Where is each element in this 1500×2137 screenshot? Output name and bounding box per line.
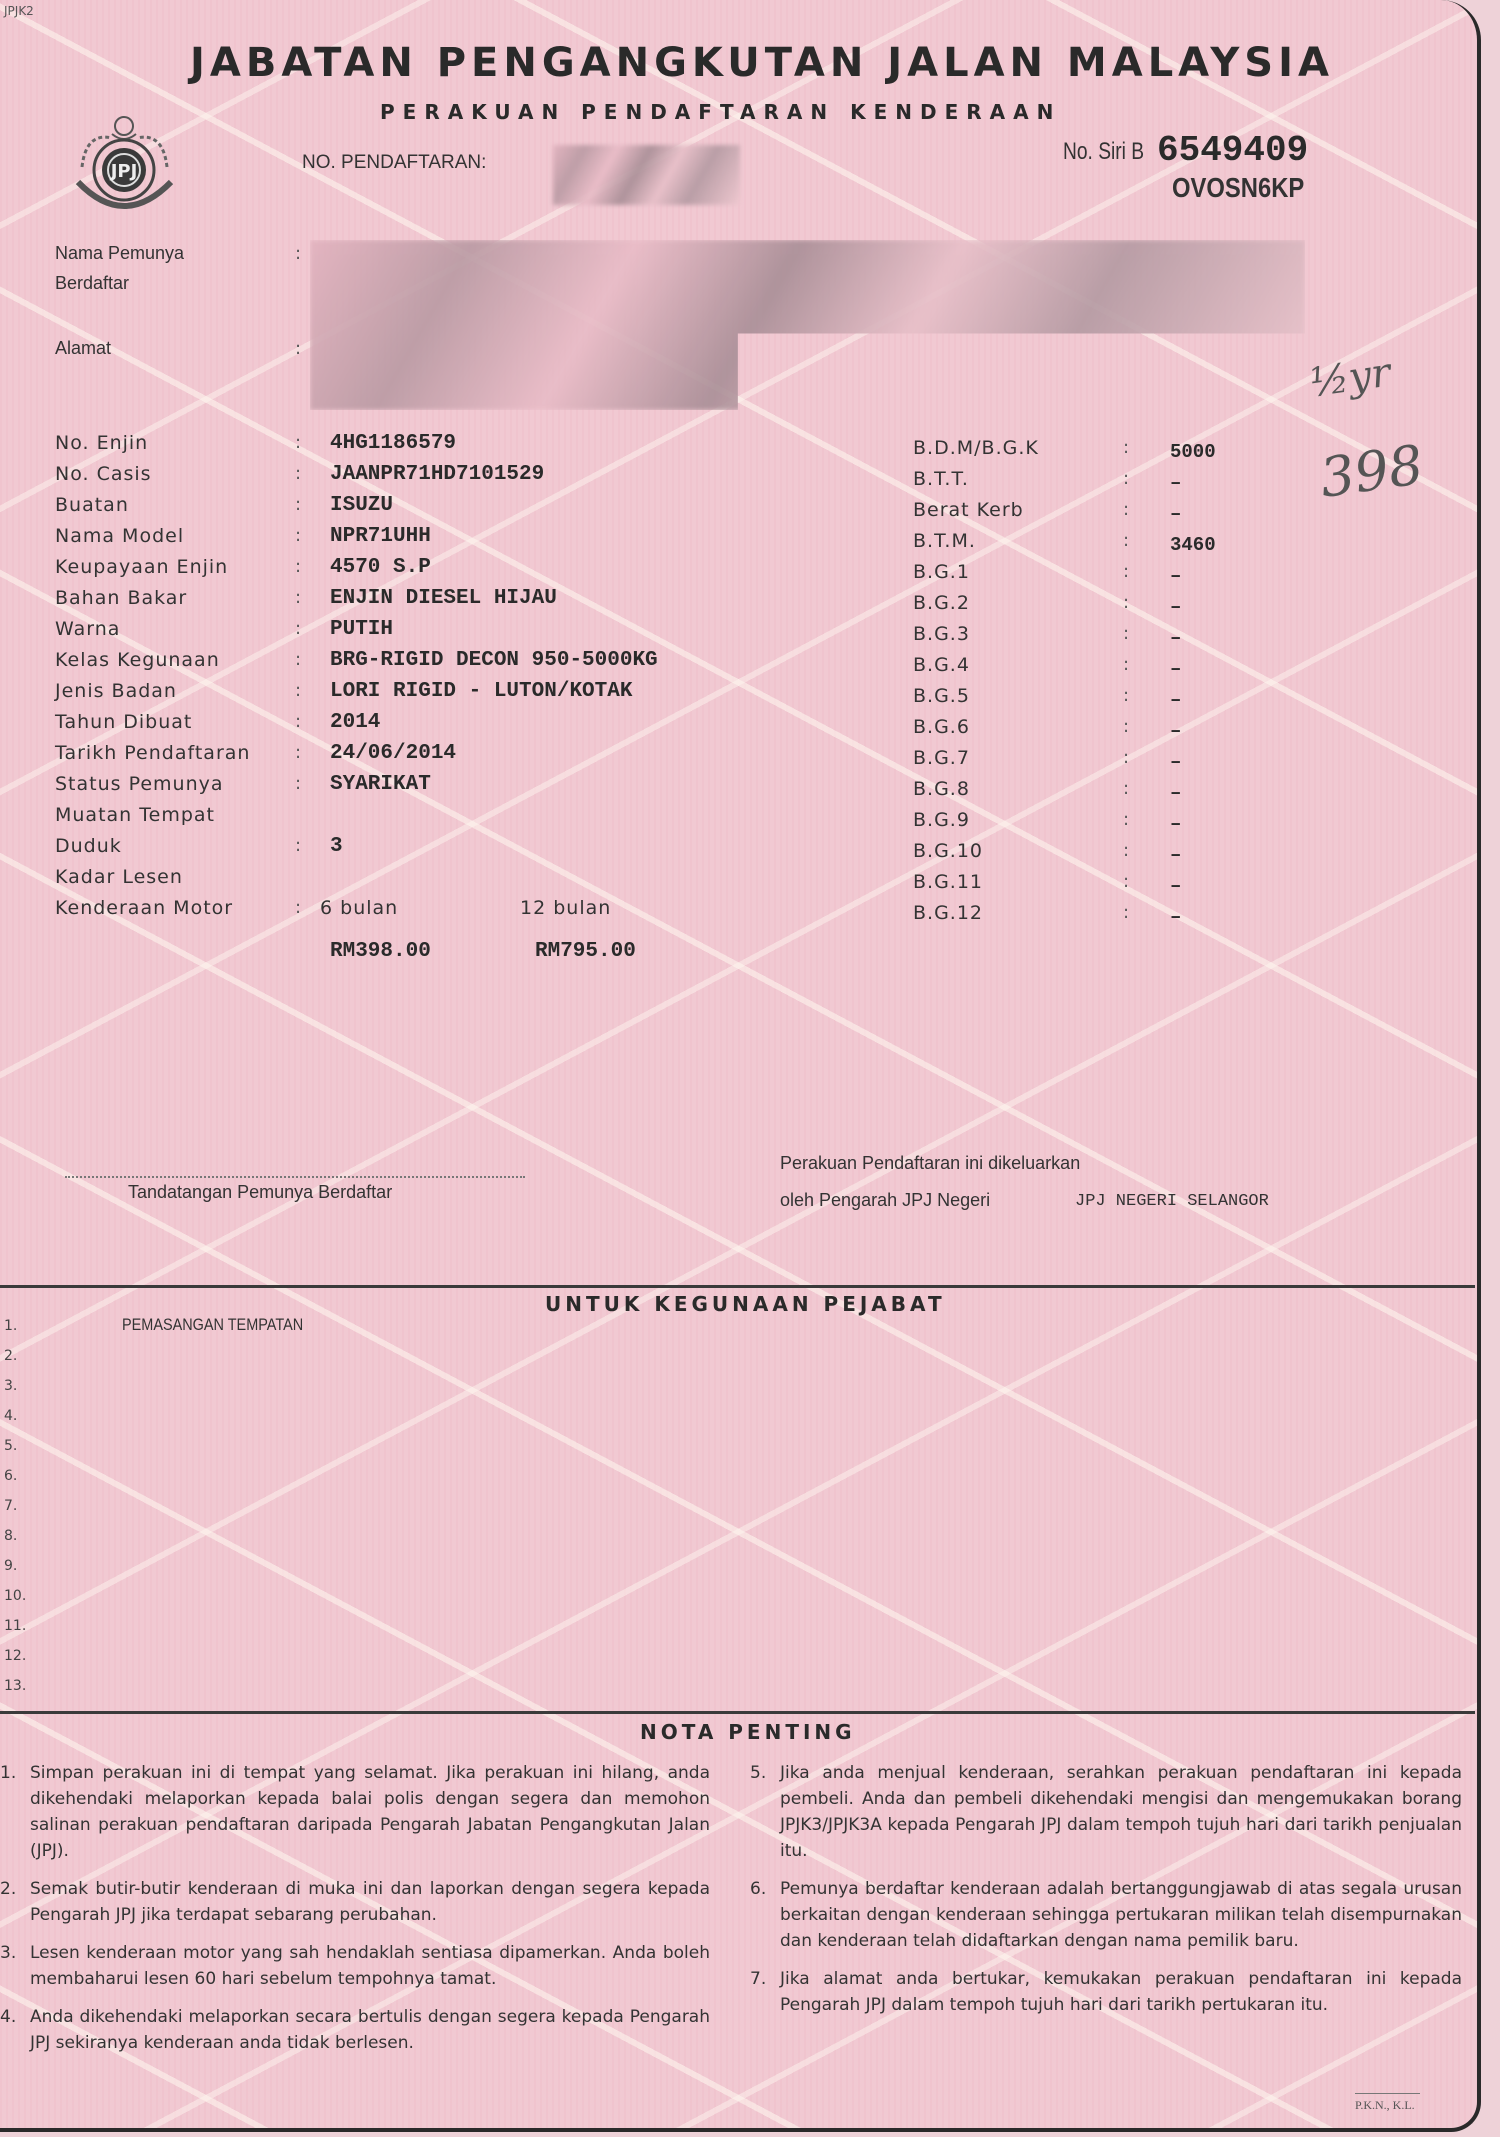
note-number: 7. <box>750 1966 766 1992</box>
row-number: 10. <box>4 1588 26 1604</box>
vehicle-detail-row: Muatan Tempat <box>55 804 855 835</box>
license-12-month-amount: RM795.00 <box>535 940 636 963</box>
field-label: B.G.11 <box>913 871 983 893</box>
divider <box>0 1285 1475 1288</box>
note-text: Semak butir-butir kenderaan di muka ini … <box>30 1876 710 1928</box>
field-value: – <box>1170 658 1181 680</box>
address-label: Alamat <box>55 338 111 359</box>
field-value: PUTIH <box>330 618 393 641</box>
vehicle-weights-right: B.D.M/B.G.K:5000B.T.T.:–Berat Kerb:–B.T.… <box>913 437 1313 933</box>
field-value: – <box>1170 503 1181 525</box>
office-use-row: 7. <box>0 1493 900 1523</box>
field-value: – <box>1170 720 1181 742</box>
office-use-row: 10. <box>0 1583 900 1613</box>
license-6-month-label: 6 bulan <box>320 897 398 919</box>
field-value: SYARIKAT <box>330 773 431 796</box>
notes-left-column: 1.Simpan perakuan ini di tempat yang sel… <box>0 1760 710 2068</box>
field-value: – <box>1170 906 1181 928</box>
colon: : <box>1123 530 1129 551</box>
weight-detail-row: B.G.2:– <box>913 592 1313 623</box>
field-label: Tarikh Pendaftaran <box>55 742 250 764</box>
field-label: No. Casis <box>55 463 152 485</box>
vehicle-detail-row: Status Pemunya:SYARIKAT <box>55 773 855 804</box>
field-value: ENJIN DIESEL HIJAU <box>330 587 557 610</box>
field-label: B.T.T. <box>913 468 969 490</box>
note-text: Jika alamat anda bertukar, kemukakan per… <box>780 1966 1462 2018</box>
office-use-row: 4. <box>0 1403 900 1433</box>
owner-details-redacted <box>310 240 1305 410</box>
vehicle-detail-row: Nama Model:NPR71UHH <box>55 525 855 556</box>
vehicle-detail-row: No. Casis:JAANPR71HD7101529 <box>55 463 855 494</box>
row-number: 9. <box>4 1558 17 1574</box>
document-subtitle: PERAKUAN PENDAFTARAN KENDERAAN <box>380 100 1061 124</box>
row-number: 13. <box>4 1678 26 1694</box>
colon: : <box>1123 716 1129 737</box>
field-value: – <box>1170 875 1181 897</box>
colon: : <box>1123 747 1129 768</box>
field-label: B.G.1 <box>913 561 970 583</box>
vehicle-detail-row: Duduk:3 <box>55 835 855 866</box>
note-item: 6.Pemunya berdaftar kenderaan adalah ber… <box>750 1876 1462 1954</box>
field-value: NPR71UHH <box>330 525 431 548</box>
note-item: 4.Anda dikehendaki melaporkan secara ber… <box>0 2004 710 2056</box>
row-number: 11. <box>4 1618 26 1634</box>
field-value: – <box>1170 813 1181 835</box>
serial-code: OVOSN6KP <box>1172 172 1304 204</box>
field-label: Kadar Lesen <box>55 866 183 888</box>
weight-detail-row: B.G.8:– <box>913 778 1313 809</box>
issuing-office: JPJ NEGERI SELANGOR <box>1075 1192 1269 1211</box>
field-label: B.G.10 <box>913 840 983 862</box>
weight-detail-row: B.G.11:– <box>913 871 1313 902</box>
field-label: B.G.4 <box>913 654 970 676</box>
row-number: 2. <box>4 1348 17 1364</box>
field-label: Warna <box>55 618 120 640</box>
note-item: 3.Lesen kenderaan motor yang sah hendakl… <box>0 1940 710 1992</box>
field-value: BRG-RIGID DECON 950-5000KG <box>330 649 658 672</box>
note-number: 1. <box>0 1760 16 1786</box>
row-number: 8. <box>4 1528 17 1544</box>
field-label: B.G.6 <box>913 716 970 738</box>
field-value: 24/06/2014 <box>330 742 456 765</box>
row-text: PEMASANGAN TEMPATAN <box>122 1315 303 1335</box>
row-number: 4. <box>4 1408 17 1424</box>
note-number: 2. <box>0 1876 16 1902</box>
vehicle-detail-row: Bahan Bakar:ENJIN DIESEL HIJAU <box>55 587 855 618</box>
vehicle-detail-row: No. Enjin:4HG1186579 <box>55 432 855 463</box>
field-value: JAANPR71HD7101529 <box>330 463 544 486</box>
colon: : <box>1123 437 1129 458</box>
weight-detail-row: B.T.M.:3460 <box>913 530 1313 561</box>
field-value: 5000 <box>1170 441 1216 463</box>
office-use-row: 12. <box>0 1643 900 1673</box>
note-text: Anda dikehendaki melaporkan secara bertu… <box>30 2004 710 2056</box>
colon: : <box>1123 499 1129 520</box>
field-label: Nama Model <box>55 525 184 547</box>
issued-by-line-1: Perakuan Pendaftaran ini dikeluarkan <box>780 1153 1080 1174</box>
field-label: Keupayaan Enjin <box>55 556 228 578</box>
registration-certificate: JPJK2 JABATAN PENGANGKUTAN JALAN MALAYSI… <box>0 0 1481 2132</box>
note-number: 5. <box>750 1760 766 1786</box>
office-use-row: 9. <box>0 1553 900 1583</box>
colon: : <box>295 587 301 608</box>
colon: : <box>1123 592 1129 613</box>
field-label: B.G.7 <box>913 747 970 769</box>
vehicle-detail-row: Kenderaan Motor:6 bulan12 bulan <box>55 897 855 928</box>
colon: : <box>295 711 301 732</box>
field-label: Kenderaan Motor <box>55 897 233 919</box>
field-label: Muatan Tempat <box>55 804 215 826</box>
owner-name-label-2: Berdaftar <box>55 273 129 294</box>
field-label: B.T.M. <box>913 530 976 552</box>
field-label: Berat Kerb <box>913 499 1024 521</box>
colon: : <box>295 525 301 546</box>
colon: : <box>1123 871 1129 892</box>
field-value: – <box>1170 596 1181 618</box>
field-value: – <box>1170 751 1181 773</box>
jpj-crest-icon: JPJ <box>72 112 177 222</box>
field-label: Buatan <box>55 494 129 516</box>
weight-detail-row: B.G.6:– <box>913 716 1313 747</box>
field-label: B.G.3 <box>913 623 970 645</box>
field-label: Bahan Bakar <box>55 587 187 609</box>
colon: : <box>1123 840 1129 861</box>
vehicle-details-left: No. Enjin:4HG1186579No. Casis:JAANPR71HD… <box>55 432 855 928</box>
vehicle-detail-row: Tarikh Pendaftaran:24/06/2014 <box>55 742 855 773</box>
field-value: – <box>1170 782 1181 804</box>
divider <box>0 1711 1475 1714</box>
field-label: B.D.M/B.G.K <box>913 437 1039 459</box>
weight-detail-row: B.G.9:– <box>913 809 1313 840</box>
agency-title: JABATAN PENGANGKUTAN JALAN MALAYSIA <box>190 40 1334 86</box>
office-use-row: 5. <box>0 1433 900 1463</box>
office-use-row: 2. <box>0 1343 900 1373</box>
note-text: Lesen kenderaan motor yang sah hendaklah… <box>30 1940 710 1992</box>
row-number: 12. <box>4 1648 26 1664</box>
vehicle-detail-row: Keupayaan Enjin:4570 S.P <box>55 556 855 587</box>
vehicle-detail-row: Kadar Lesen <box>55 866 855 897</box>
notes-heading: NOTA PENTING <box>640 1720 856 1744</box>
colon: : <box>295 618 301 639</box>
weight-detail-row: B.G.10:– <box>913 840 1313 871</box>
serial-number: 6549409 <box>1157 130 1308 171</box>
field-value: 4HG1186579 <box>330 432 456 455</box>
printer-mark: P.K.N., K.L. <box>1355 2098 1415 2113</box>
colon: : <box>1123 561 1129 582</box>
registration-number-label: NO. PENDAFTARAN: <box>302 152 486 174</box>
note-text: Simpan perakuan ini di tempat yang selam… <box>30 1760 710 1864</box>
colon: : <box>1123 685 1129 706</box>
note-item: 2.Semak butir-butir kenderaan di muka in… <box>0 1876 710 1928</box>
vehicle-detail-row: Jenis Badan:LORI RIGID - LUTON/KOTAK <box>55 680 855 711</box>
field-value: – <box>1170 689 1181 711</box>
license-12-month-label: 12 bulan <box>520 897 611 919</box>
colon: : <box>1123 778 1129 799</box>
note-text: Jika anda menjual kenderaan, serahkan pe… <box>780 1760 1462 1864</box>
field-label: B.G.5 <box>913 685 970 707</box>
license-6-month-amount: RM398.00 <box>330 940 431 963</box>
colon: : <box>295 742 301 763</box>
weight-detail-row: B.G.7:– <box>913 747 1313 778</box>
field-label: Jenis Badan <box>55 680 177 702</box>
weight-detail-row: B.G.1:– <box>913 561 1313 592</box>
office-use-list: 1.PEMASANGAN TEMPATAN2.3.4.5.6.7.8.9.10.… <box>0 1313 900 1703</box>
row-number: 3. <box>4 1378 17 1394</box>
vehicle-detail-row: Warna:PUTIH <box>55 618 855 649</box>
vehicle-detail-row: Tahun Dibuat:2014 <box>55 711 855 742</box>
colon: : <box>1123 902 1129 923</box>
note-number: 6. <box>750 1876 766 1902</box>
colon: : <box>295 649 301 670</box>
note-item: 7.Jika alamat anda bertukar, kemukakan p… <box>750 1966 1462 2018</box>
field-label: Duduk <box>55 835 122 857</box>
printer-mark-rule <box>1355 2093 1420 2094</box>
field-value: ISUZU <box>330 494 393 517</box>
office-use-row: 13. <box>0 1673 900 1703</box>
colon: : <box>295 432 301 453</box>
row-number: 5. <box>4 1438 17 1454</box>
weight-detail-row: Berat Kerb:– <box>913 499 1313 530</box>
field-label: No. Enjin <box>55 432 148 454</box>
office-use-row: 3. <box>0 1373 900 1403</box>
colon: : <box>295 463 301 484</box>
note-text: Pemunya berdaftar kenderaan adalah berta… <box>780 1876 1462 1954</box>
weight-detail-row: B.D.M/B.G.K:5000 <box>913 437 1313 468</box>
field-label: B.G.8 <box>913 778 970 800</box>
field-value: – <box>1170 627 1181 649</box>
field-value: – <box>1170 844 1181 866</box>
colon: : <box>295 773 301 794</box>
colon: : <box>295 897 301 918</box>
handwritten-note-period: ½yr <box>1307 350 1393 407</box>
colon: : <box>1123 809 1129 830</box>
colon: : <box>1123 654 1129 675</box>
colon: : <box>295 556 301 577</box>
weight-detail-row: B.G.4:– <box>913 654 1313 685</box>
owner-signature-label: Tandatangan Pemunya Berdaftar <box>128 1182 392 1203</box>
note-number: 4. <box>0 2004 16 2030</box>
field-label: Tahun Dibuat <box>55 711 192 733</box>
colon: : <box>295 835 301 856</box>
office-use-row: 8. <box>0 1523 900 1553</box>
serial-label: No. Siri B <box>1063 138 1144 166</box>
weight-detail-row: B.T.T.:– <box>913 468 1313 499</box>
row-number: 6. <box>4 1468 17 1484</box>
colon: : <box>1123 468 1129 489</box>
vehicle-detail-row: Buatan:ISUZU <box>55 494 855 525</box>
colon: : <box>295 680 301 701</box>
issued-by-line-2: oleh Pengarah JPJ Negeri <box>780 1190 990 1211</box>
field-value: 3460 <box>1170 534 1216 556</box>
note-item: 1.Simpan perakuan ini di tempat yang sel… <box>0 1760 710 1864</box>
office-use-row: 11. <box>0 1613 900 1643</box>
field-label: B.G.2 <box>913 592 970 614</box>
row-number: 7. <box>4 1498 17 1514</box>
notes-right-column: 5.Jika anda menjual kenderaan, serahkan … <box>750 1760 1462 2030</box>
weight-detail-row: B.G.5:– <box>913 685 1313 716</box>
weight-detail-row: B.G.12:– <box>913 902 1313 933</box>
field-value: – <box>1170 472 1181 494</box>
field-value: 4570 S.P <box>330 556 431 579</box>
vehicle-detail-row: Kelas Kegunaan:BRG-RIGID DECON 950-5000K… <box>55 649 855 680</box>
signature-line <box>65 1176 525 1178</box>
handwritten-note-amount: 398 <box>1316 433 1427 510</box>
svg-text:JPJ: JPJ <box>109 161 138 182</box>
note-number: 3. <box>0 1940 16 1966</box>
row-number: 1. <box>4 1318 17 1334</box>
office-use-row: 1.PEMASANGAN TEMPATAN <box>0 1313 900 1343</box>
field-label: Kelas Kegunaan <box>55 649 220 671</box>
weight-detail-row: B.G.3:– <box>913 623 1313 654</box>
field-label: B.G.12 <box>913 902 983 924</box>
form-code: JPJK2 <box>4 4 34 18</box>
field-label: B.G.9 <box>913 809 970 831</box>
owner-name-label: Nama Pemunya <box>55 243 184 264</box>
colon: : <box>295 338 301 359</box>
office-use-row: 6. <box>0 1463 900 1493</box>
registration-number-redacted <box>553 145 740 205</box>
field-value: LORI RIGID - LUTON/KOTAK <box>330 680 632 703</box>
colon: : <box>1123 623 1129 644</box>
note-item: 5.Jika anda menjual kenderaan, serahkan … <box>750 1760 1462 1864</box>
colon: : <box>295 243 301 264</box>
field-value: 3 <box>330 835 343 858</box>
field-label: Status Pemunya <box>55 773 224 795</box>
colon: : <box>295 494 301 515</box>
field-value: – <box>1170 565 1181 587</box>
field-value: 2014 <box>330 711 380 734</box>
